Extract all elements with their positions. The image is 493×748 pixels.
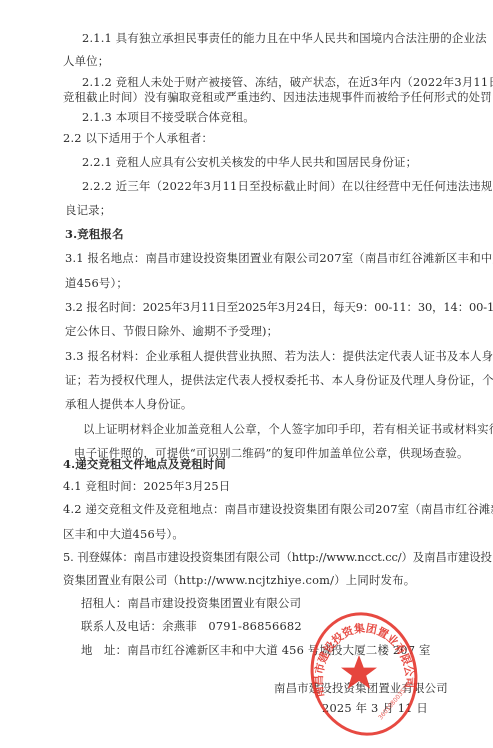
clause-2-2-2-cont: 良记录；	[65, 203, 111, 217]
signature-company: 南昌市建设投资集团置业有限公司	[274, 681, 448, 695]
seal-text-ring: 南昌市建设投资集团置业有限公司 3601080035760	[311, 612, 417, 736]
clause-2-1-1: 2.1.1 具有独立承担民事责任的能力且在中华人民共和国境内合法注册的企业法	[82, 31, 487, 45]
address: 地 址：南昌市红谷滩新区丰和中大道 456 号城投大厦二楼 207 室	[81, 643, 431, 657]
clause-2-2-heading: 2.2 以下适用于个人承租者：	[63, 131, 213, 145]
company-seal	[299, 602, 428, 745]
signature-date: 2025 年 3 月 11 日	[322, 701, 428, 715]
clause-3-2: 3.2 报名时间：2025年3月11日至2025年3月24日，每天9：00-11…	[65, 300, 493, 314]
clause-2-1-3: 2.1.3 本项目不接受联合体竞租。	[82, 110, 255, 124]
section-3-heading: 3.竞租报名	[65, 227, 124, 241]
section-5-media: 5. 刊登媒体：南昌市建设投资集团有限公司（http://www.ncct.cc…	[63, 550, 492, 564]
clause-3-2-cont: 定公休日、节假日除外、逾期不予受理)；	[65, 324, 278, 338]
clause-4-2-cont: 区丰和中大道456号）。	[63, 527, 184, 541]
clause-3-1-cont: 道456号）；	[65, 276, 128, 290]
clause-3-1: 3.1 报名地点：南昌市建设投资集团置业有限公司207室（南昌市红谷滩新区丰和中…	[65, 251, 493, 265]
clause-2-2-2: 2.2.2 近三年（2022年3月11日至投标截止时间）在以往经营中无任何违法违…	[82, 179, 493, 193]
clause-4-1: 4.1 竞租时间：2025年3月25日	[63, 479, 230, 493]
clause-2-1-1-cont: 人单位；	[63, 54, 109, 68]
clause-3-3: 3.3 报名材料：企业承租人提供营业执照、若为法人：提供法定代表人证书及本人身份	[65, 349, 493, 363]
clause-4-2: 4.2 递交竞租文件及竞租地点：南昌市建设投资集团有限公司207室（南昌市红谷滩…	[63, 502, 493, 516]
clause-3-3-cont-1: 证；若为授权代理人，提供法定代表人授权委托书、本人身份证及代理人身份证，个人	[65, 373, 493, 387]
section-5-media-cont: 资集团置业有限公司（http://www.ncjtzhiye.com/）上同时发…	[63, 573, 415, 587]
contact-phone: 联系人及电话：余燕菲 0791-86856682	[81, 619, 302, 633]
materials-note: 以上证明材料企业加盖竞租人公章，个人签字加印手印，若有相关证书或材料实行	[83, 422, 493, 436]
clause-2-1-2-cont: 竞租截止时间）没有骗取竞租或严重违约、因违法违规事件而被给予任何形式的处罚；	[63, 90, 493, 104]
section-4-heading: 4.递交竞租文件地点及竞租时间	[63, 457, 226, 471]
clause-2-1-2: 2.1.2 竞租人未处于财产被接管、冻结，破产状态，在近3年内（2022年3月1…	[82, 75, 493, 89]
clause-2-2-1: 2.2.1 竞租人应具有公安机关核发的中华人民共和国居民身份证；	[82, 155, 417, 169]
lessor: 招租人：南昌市建设投资集团置业有限公司	[81, 596, 301, 610]
clause-3-3-cont-2: 承租人提供本人身份证。	[65, 397, 193, 411]
